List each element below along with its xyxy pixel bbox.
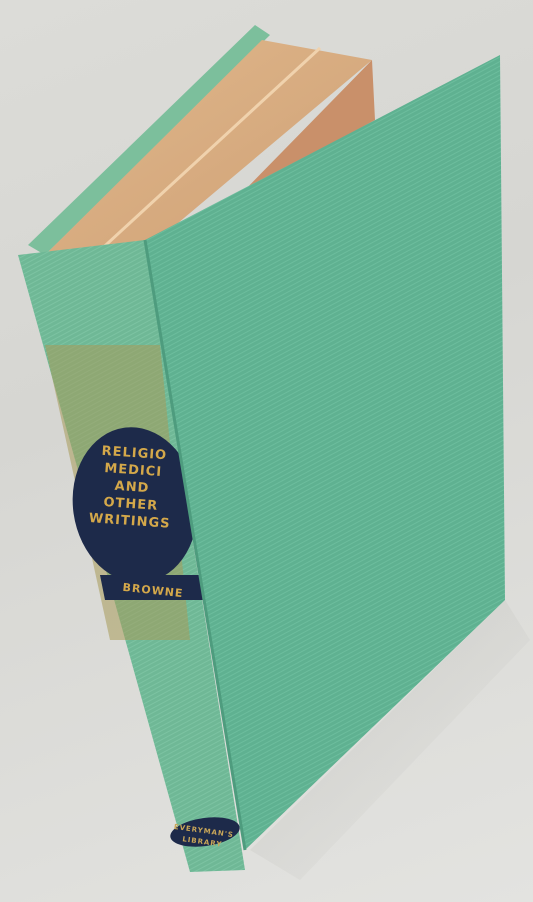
spine-title: RELIGIO MEDICI AND OTHER WRITINGS <box>69 441 195 534</box>
book-photo: RELIGIO MEDICI AND OTHER WRITINGS BROWNE… <box>0 0 533 902</box>
